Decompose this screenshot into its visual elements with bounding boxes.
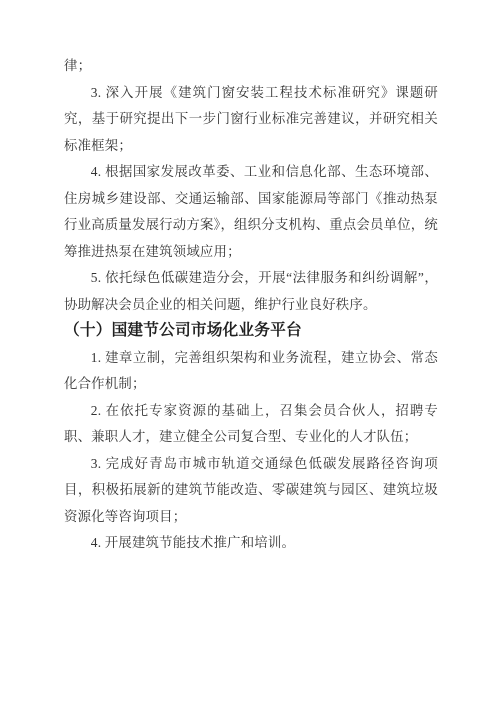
document-page: 律； 3. 深入开展《建筑门窗安装工程技术标准研究》课题研究，基于研究提出下一步… bbox=[0, 0, 500, 707]
document-text-block: 律； 3. 深入开展《建筑门窗安装工程技术标准研究》课题研究，基于研究提出下一步… bbox=[64, 53, 438, 557]
paragraph-continuation: 律； bbox=[64, 53, 438, 80]
paragraph-item-4-training: 4. 开展建筑节能技术推广和培训。 bbox=[64, 530, 438, 557]
section-heading-market-platform: （十）国建节公司市场化业务平台 bbox=[64, 318, 438, 345]
paragraph-item-1-rules: 1. 建章立制，完善组织架构和业务流程，建立协会、常态化合作机制； bbox=[64, 345, 438, 398]
paragraph-item-4-heat-pump: 4. 根据国家发展改革委、工业和信息化部、生态环境部、住房城乡建设部、交通运输部… bbox=[64, 159, 438, 265]
paragraph-item-3-standards-research: 3. 深入开展《建筑门窗安装工程技术标准研究》课题研究，基于研究提出下一步门窗行… bbox=[64, 80, 438, 160]
paragraph-item-3-qingdao-projects: 3. 完成好青岛市城市轨道交通绿色低碳发展路径咨询项目，积极拓展新的建筑节能改造… bbox=[64, 451, 438, 531]
paragraph-item-5-legal-service: 5. 依托绿色低碳建造分会，开展“法律服务和纠纷调解”，协助解决会员企业的相关问… bbox=[64, 265, 438, 318]
paragraph-item-2-talent: 2. 在依托专家资源的基础上，召集会员合伙人，招聘专职、兼职人才，建立健全公司复… bbox=[64, 398, 438, 451]
